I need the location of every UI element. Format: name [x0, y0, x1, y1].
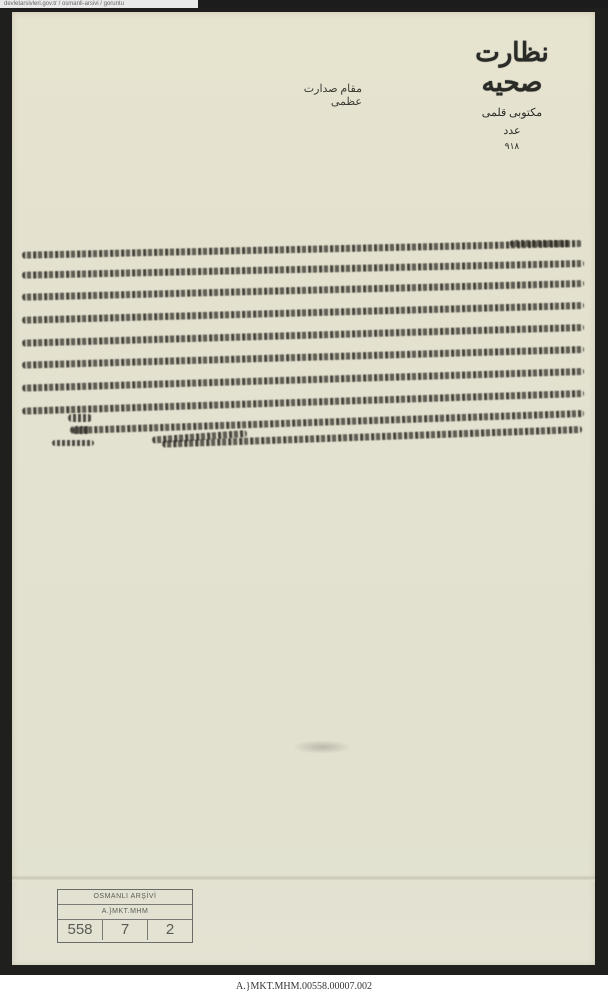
letterhead-number-value: ٩١٨	[457, 140, 567, 152]
signature-mark	[68, 414, 92, 422]
archive-stamp-numbers: 558 7 2	[58, 920, 192, 940]
body-line	[22, 346, 584, 369]
paper-fold-line	[12, 875, 595, 881]
body-line	[22, 302, 584, 324]
archive-stamp-collection: A.}MKT.MHM	[58, 905, 192, 920]
letterhead-number-label: عدد	[457, 124, 567, 138]
letterhead-title: نظارت صحیه	[457, 38, 567, 98]
body-line	[22, 260, 584, 279]
document-page: نظارت صحیه مکتوبی قلمی عدد ٩١٨ مقام صدار…	[12, 12, 595, 965]
body-line	[22, 390, 584, 415]
ink-smudge	[292, 740, 352, 754]
url-strip: devletarsivleri.gov.tr / osmanli-arsivi …	[0, 0, 198, 8]
body-line	[22, 368, 584, 392]
archive-stamp-page: 2	[148, 920, 192, 940]
archive-stamp-file: 7	[103, 920, 148, 940]
letterhead: نظارت صحیه مکتوبی قلمی عدد ٩١٨	[457, 38, 567, 152]
addressee-note: مقام صدارت عظمی	[270, 82, 362, 96]
letterhead-subtitle: مکتوبی قلمی	[457, 106, 567, 120]
body-line	[22, 280, 584, 301]
archive-stamp: OSMANLI ARŞİVİ A.}MKT.MHM 558 7 2	[57, 889, 193, 943]
archive-stamp-box: 558	[58, 920, 103, 940]
document-reference-label: A.}MKT.MHM.00558.00007.002	[0, 978, 608, 996]
body-line	[22, 240, 582, 259]
signature-mark	[70, 426, 90, 434]
body-line	[22, 324, 584, 347]
archive-stamp-title: OSMANLI ARŞİVİ	[58, 890, 192, 905]
signature-mark	[52, 440, 94, 446]
